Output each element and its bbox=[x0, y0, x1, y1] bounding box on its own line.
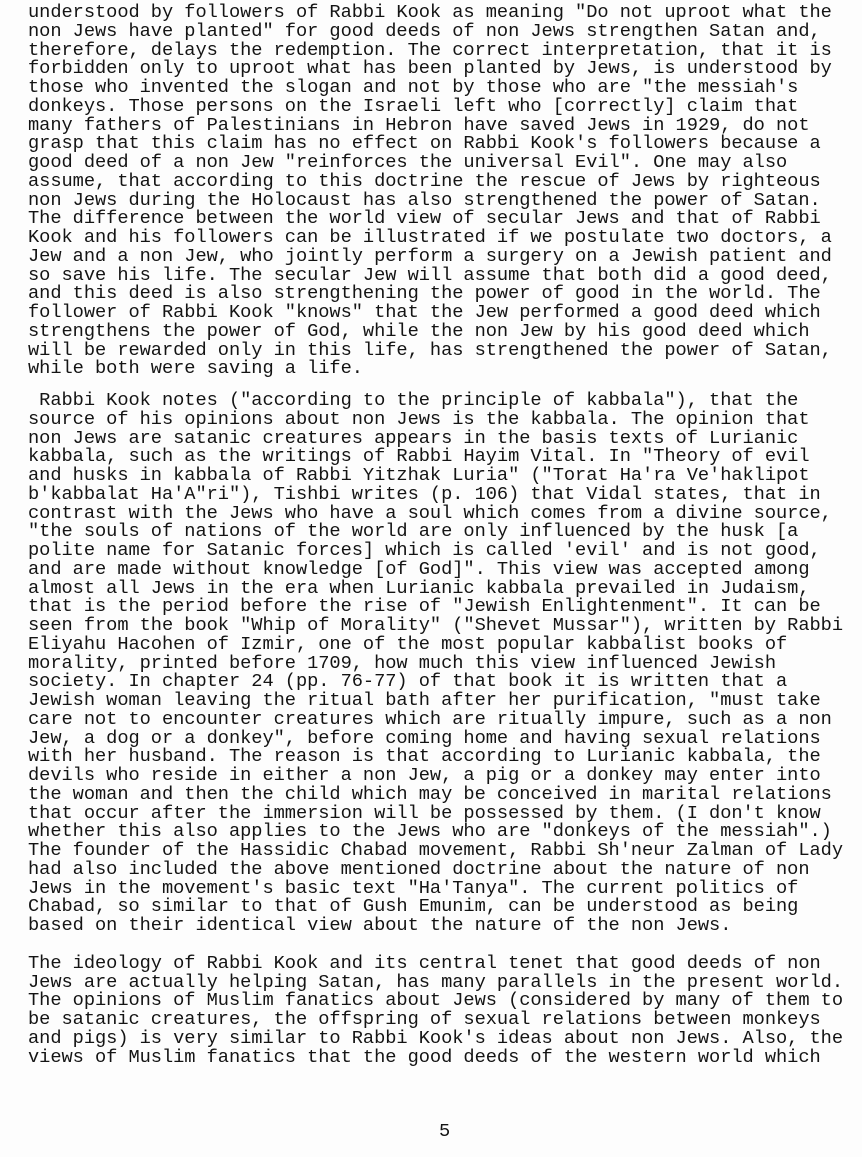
text-line: The ideology of Rabbi Kook and its centr… bbox=[28, 954, 862, 973]
paragraph-3: The ideology of Rabbi Kook and its centr… bbox=[28, 954, 862, 1067]
text-line: the woman and then the child which may b… bbox=[28, 785, 862, 804]
text-line: views of Muslim fanatics that the good d… bbox=[28, 1048, 862, 1067]
text-line: strengthens the power of God, while the … bbox=[28, 322, 862, 341]
text-line: source of his opinions about non Jews is… bbox=[28, 410, 862, 429]
text-line: good deed of a non Jew "reinforces the u… bbox=[28, 153, 862, 172]
text-line: Kook and his followers can be illustrate… bbox=[28, 228, 862, 247]
text-line: b'kabbalat Ha'A"ri"), Tishbi writes (p. … bbox=[28, 485, 862, 504]
text-line: while both were saving a life. bbox=[28, 359, 862, 378]
page-number: 5 bbox=[439, 1120, 450, 1142]
text-line: and are made without knowledge [of God]"… bbox=[28, 560, 862, 579]
text-line: understood by followers of Rabbi Kook as… bbox=[28, 3, 862, 22]
text-line: those who invented the slogan and not by… bbox=[28, 78, 862, 97]
text-line: Jewish woman leaving the ritual bath aft… bbox=[28, 691, 862, 710]
document-page: understood by followers of Rabbi Kook as… bbox=[0, 0, 862, 1157]
text-line: Rabbi Kook notes ("according to the prin… bbox=[28, 391, 862, 410]
paragraph-1: understood by followers of Rabbi Kook as… bbox=[28, 3, 862, 378]
text-line: devils who reside in either a non Jew, a… bbox=[28, 766, 862, 785]
text-line: based on their identical view about the … bbox=[28, 916, 862, 935]
text-line: and pigs) is very similar to Rabbi Kook'… bbox=[28, 1029, 862, 1048]
text-line: had also included the above mentioned do… bbox=[28, 860, 862, 879]
body-text: understood by followers of Rabbi Kook as… bbox=[28, 3, 862, 1066]
text-line: polite name for Satanic forces] which is… bbox=[28, 541, 862, 560]
text-line: seen from the book "Whip of Morality" ("… bbox=[28, 616, 862, 635]
text-line: be satanic creatures, the offspring of s… bbox=[28, 1010, 862, 1029]
text-line: The founder of the Hassidic Chabad movem… bbox=[28, 841, 862, 860]
text-line: Jew and a non Jew, who jointly perform a… bbox=[28, 247, 862, 266]
text-line: non Jews have planted" for good deeds of… bbox=[28, 22, 862, 41]
paragraph-2: Rabbi Kook notes ("according to the prin… bbox=[28, 391, 862, 935]
text-line: follower of Rabbi Kook "knows" that the … bbox=[28, 303, 862, 322]
text-line: care not to encounter creatures which ar… bbox=[28, 710, 862, 729]
text-line: donkeys. Those persons on the Israeli le… bbox=[28, 97, 862, 116]
text-line: and husks in kabbala of Rabbi Yitzhak Lu… bbox=[28, 466, 862, 485]
text-line: Eliyahu Hacohen of Izmir, one of the mos… bbox=[28, 635, 862, 654]
text-line: assume, that according to this doctrine … bbox=[28, 172, 862, 191]
